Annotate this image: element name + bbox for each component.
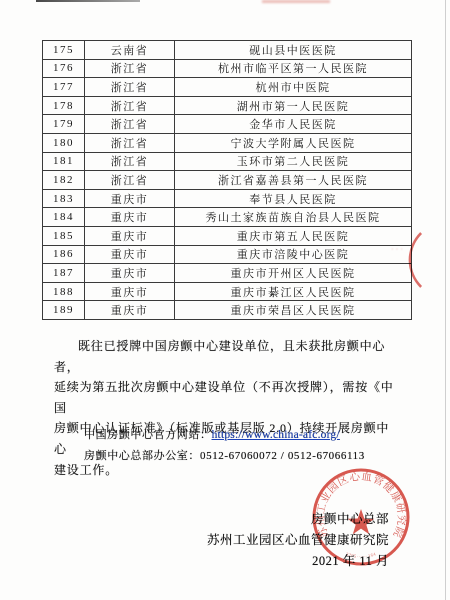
row-number-cell: 188 xyxy=(43,282,85,301)
province-cell: 浙江省 xyxy=(85,59,175,78)
province-cell: 重庆市 xyxy=(85,208,175,227)
website-link[interactable]: https://www.china-afc.org/ xyxy=(212,429,340,441)
province-cell: 浙江省 xyxy=(85,171,175,190)
row-number-cell: 187 xyxy=(43,264,85,283)
table-row: 175 云南省 砚山县中医医院 xyxy=(43,41,412,60)
hospital-cell: 杭州市临平区第一人民医院 xyxy=(175,59,412,78)
province-cell: 浙江省 xyxy=(85,115,175,134)
table-row: 183 重庆市 奉节县人民医院 xyxy=(43,189,412,208)
notice-line: 既往已授牌中国房颤中心建设单位，且未获批房颤中心者， xyxy=(54,336,396,377)
row-number-cell: 186 xyxy=(43,245,85,264)
table-row: 184 重庆市 秀山土家族苗族自治县人民医院 xyxy=(43,208,412,227)
website-label: 中国房颤中心官方网站： xyxy=(84,429,212,441)
seal-fragment-arc xyxy=(410,233,421,287)
hospital-cell: 重庆市涪陵中心医院 xyxy=(175,245,412,264)
row-number-cell: 183 xyxy=(43,189,85,208)
svg-text:3205······164: 3205······164 xyxy=(345,551,377,559)
hospital-cell: 奉节县人民医院 xyxy=(175,189,412,208)
province-cell: 浙江省 xyxy=(85,78,175,97)
office-line: 房颤中心总部办公室：0512-67060072 / 0512-67066113 xyxy=(84,447,365,463)
seal-fragment xyxy=(385,225,450,295)
hospital-cell: 浙江省嘉善县第一人民医院 xyxy=(175,171,412,190)
page-edge-line xyxy=(445,0,446,600)
table-row: 182 浙江省 浙江省嘉善县第一人民医院 xyxy=(43,171,412,190)
province-cell: 重庆市 xyxy=(85,226,175,245)
hospital-cell: 重庆市第五人民医院 xyxy=(175,226,412,245)
row-number-cell: 177 xyxy=(43,78,85,97)
seal-serial: 3205······164 xyxy=(345,551,377,559)
row-number-cell: 175 xyxy=(43,41,85,60)
row-number-cell: 180 xyxy=(43,133,85,152)
row-number-cell: 189 xyxy=(43,301,85,320)
table-row: 181 浙江省 玉环市第二人民医院 xyxy=(43,152,412,171)
row-number-cell: 184 xyxy=(43,208,85,227)
hospital-cell: 重庆市綦江区人民医院 xyxy=(175,282,412,301)
row-number-cell: 185 xyxy=(43,226,85,245)
hospital-cell: 重庆市开州区人民医院 xyxy=(175,264,412,283)
hospital-cell: 金华市人民医院 xyxy=(175,115,412,134)
table-row: 177 浙江省 杭州市中医院 xyxy=(43,78,412,97)
province-cell: 浙江省 xyxy=(85,96,175,115)
table-row: 179 浙江省 金华市人民医院 xyxy=(43,115,412,134)
notice-line: 延续为第五批次房颤中心建设单位（不再次授牌），需按《中国 xyxy=(54,377,396,418)
row-number-cell: 176 xyxy=(43,59,85,78)
scanned-document-page: 175 云南省 砚山县中医医院 176 浙江省 杭州市临平区第一人民医院 177… xyxy=(0,0,450,600)
cutoff-stamp-artifact xyxy=(262,0,330,3)
hospital-cell: 砚山县中医医院 xyxy=(175,41,412,60)
province-cell: 重庆市 xyxy=(85,245,175,264)
row-number-cell: 178 xyxy=(43,96,85,115)
table-row: 185 重庆市 重庆市第五人民医院 xyxy=(43,226,412,245)
province-cell: 重庆市 xyxy=(85,189,175,208)
province-cell: 云南省 xyxy=(85,41,175,60)
hospital-cell: 湖州市第一人民医院 xyxy=(175,96,412,115)
hospital-cell: 宁波大学附属人民医院 xyxy=(175,133,412,152)
province-cell: 重庆市 xyxy=(85,301,175,320)
row-number-cell: 182 xyxy=(43,171,85,190)
province-cell: 浙江省 xyxy=(85,152,175,171)
seal-fragment-marks: · · · xyxy=(389,243,405,256)
table-row: 180 浙江省 宁波大学附属人民医院 xyxy=(43,133,412,152)
table-row: 187 重庆市 重庆市开州区人民医院 xyxy=(43,264,412,283)
hospital-table: 175 云南省 砚山县中医医院 176 浙江省 杭州市临平区第一人民医院 177… xyxy=(42,40,412,320)
province-cell: 重庆市 xyxy=(85,264,175,283)
row-number-cell: 179 xyxy=(43,115,85,134)
table-row: 188 重庆市 重庆市綦江区人民医院 xyxy=(43,282,412,301)
hospital-cell: 重庆市荣昌区人民医院 xyxy=(175,301,412,320)
table-row: 186 重庆市 重庆市涪陵中心医院 xyxy=(43,245,412,264)
hospital-cell: 秀山土家族苗族自治县人民医院 xyxy=(175,208,412,227)
seal-star-icon xyxy=(348,509,375,534)
row-number-cell: 181 xyxy=(43,152,85,171)
table-row: 189 重庆市 重庆市荣昌区人民医院 xyxy=(43,301,412,320)
hospital-cell: 玉环市第二人民医院 xyxy=(175,152,412,171)
table-row: 178 浙江省 湖州市第一人民医院 xyxy=(43,96,412,115)
province-cell: 浙江省 xyxy=(85,133,175,152)
official-seal: 苏州工业园区心血管健康研究院 3205······164 xyxy=(309,465,413,569)
hospital-cell: 杭州市中医院 xyxy=(175,78,412,97)
hospital-table-body: 175 云南省 砚山县中医医院 176 浙江省 杭州市临平区第一人民医院 177… xyxy=(43,41,412,320)
table-row: 176 浙江省 杭州市临平区第一人民医院 xyxy=(43,59,412,78)
cutoff-table-border-artifact xyxy=(36,0,140,2)
website-line: 中国房颤中心官方网站：https://www.china-afc.org/ xyxy=(84,426,340,442)
province-cell: 重庆市 xyxy=(85,282,175,301)
